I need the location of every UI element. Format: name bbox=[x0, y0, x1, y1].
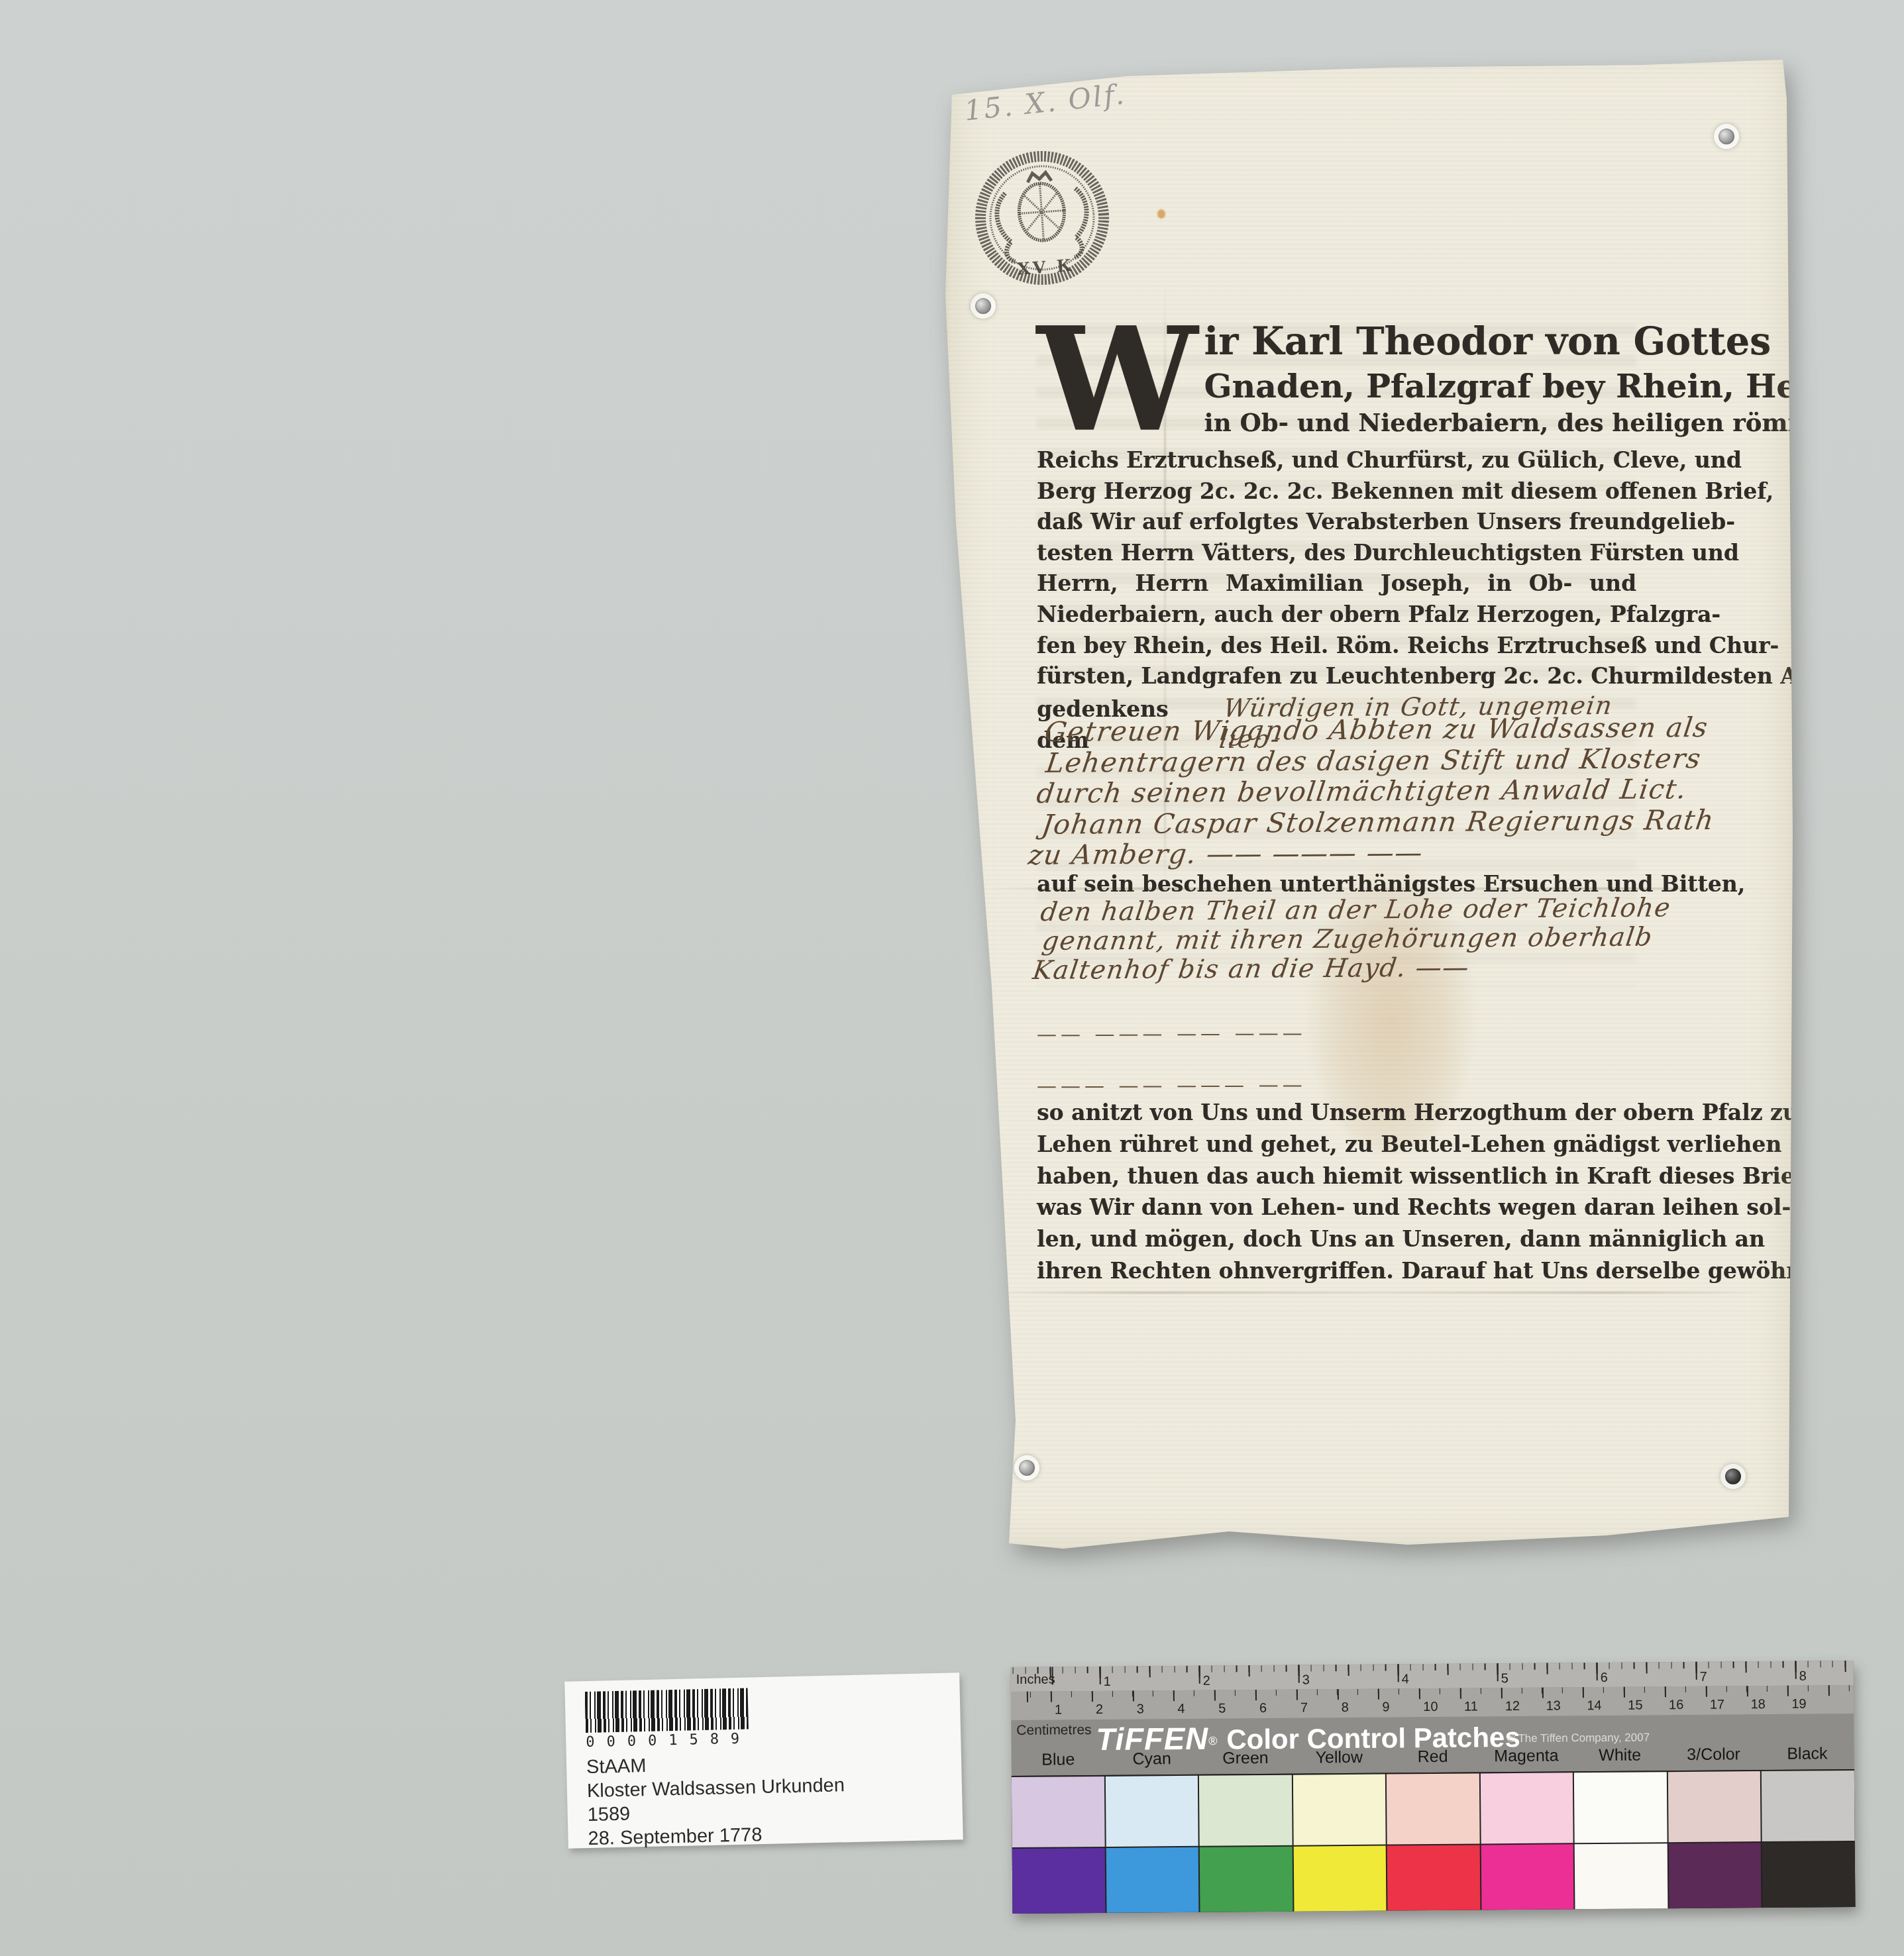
ruler-number: 5 bbox=[1501, 1671, 1508, 1686]
ruler-number: 4 bbox=[1402, 1672, 1409, 1687]
color-patch-solid-yellow bbox=[1293, 1846, 1386, 1912]
printed-text-line: testen Herrn Vätters, des Durchleuchtigs… bbox=[1037, 538, 1636, 569]
handwritten-line: den halben Theil an der Lohe oder Teichl… bbox=[1039, 894, 1643, 927]
filler-dashes: —— ——— —— ——— bbox=[1037, 1020, 1636, 1047]
patch-label: Black bbox=[1760, 1744, 1854, 1764]
handwritten-block-1: Getreuen Wigando Abbten zu Waldsassen al… bbox=[1026, 713, 1647, 871]
ruler-ticks bbox=[1011, 1661, 1854, 1685]
ruler-number: 2 bbox=[1203, 1674, 1210, 1689]
color-patch-solid-red bbox=[1387, 1845, 1480, 1910]
scroll-ornament-left bbox=[996, 193, 1016, 262]
stamp-denomination: XV K bbox=[1017, 256, 1075, 279]
barcode bbox=[585, 1688, 749, 1733]
color-patch-solid-cyan bbox=[1106, 1847, 1198, 1913]
patch-label: Magenta bbox=[1479, 1746, 1573, 1766]
archive-label: 00001589 StAAM Kloster Waldsassen Urkund… bbox=[564, 1673, 963, 1848]
ruler-number: 3 bbox=[1302, 1673, 1310, 1688]
printed-text-line: Berg Herzog 2c. 2c. 2c. Bekennen mit die… bbox=[1037, 476, 1636, 507]
patch-grid bbox=[1012, 1769, 1856, 1914]
ruler-number: 7 bbox=[1300, 1700, 1308, 1716]
paper-sheet: 15. X. Olf. XV K W ir Karl Theodor von G bbox=[944, 40, 1795, 1553]
filler-dashes: ——— —— ——— —— bbox=[1037, 1072, 1636, 1098]
printed-text-line: was Wir dann von Lehen- und Rechts wegen… bbox=[1037, 1192, 1636, 1223]
printed-text-line: Reichs Erztruchseß, und Churfürst, zu Gü… bbox=[1037, 445, 1636, 476]
printed-text-line: so anitzt von Uns und Unserm Herzogthum … bbox=[1037, 1097, 1636, 1129]
handwritten-block-2: den halben Theil an der Lohe oder Teichl… bbox=[1031, 894, 1642, 986]
document-paper: 15. X. Olf. XV K W ir Karl Theodor von G bbox=[944, 40, 1795, 1553]
handwritten-line: Lehentragern des dasigen Stift und Klost… bbox=[1044, 743, 1643, 778]
ruler-number: 1 bbox=[1104, 1674, 1111, 1690]
fold-crease bbox=[990, 1292, 1766, 1294]
punch-hole bbox=[1720, 1464, 1746, 1489]
printed-text-line: Lehen rühret und gehet, zu Beutel-Lehen … bbox=[1037, 1129, 1636, 1160]
printed-text-line: len, und mögen, doch Uns an Unseren, dan… bbox=[1037, 1223, 1636, 1255]
handwritten-line: durch seinen bevollmächtigten Anwald Lic… bbox=[1035, 774, 1639, 809]
crown-ornament bbox=[1027, 172, 1051, 182]
centimetres-label: Centimetres bbox=[1016, 1722, 1091, 1739]
cm-ruler: 12345678910111213141516171819 bbox=[1011, 1685, 1854, 1720]
punch-hole bbox=[1014, 1455, 1039, 1480]
ink-stamp-seal: XV K bbox=[967, 142, 1117, 293]
printed-text-line: daß Wir auf erfolgtes Verabsterben Unser… bbox=[1037, 507, 1636, 538]
ruler-number: 15 bbox=[1628, 1698, 1642, 1714]
scroll-ornament-right bbox=[1070, 187, 1090, 257]
ruler-number: 5 bbox=[1218, 1701, 1226, 1716]
patch-label: 3/Color bbox=[1667, 1745, 1761, 1765]
printed-text-line: fürsten, Landgrafen zu Leuchtenberg 2c. … bbox=[1037, 661, 1636, 692]
ruler-number: 11 bbox=[1464, 1699, 1478, 1714]
ruler-number: 12 bbox=[1505, 1699, 1520, 1714]
color-patch-pastel-white bbox=[1574, 1772, 1667, 1843]
copyright-text: © The Tiffen Company, 2007 bbox=[1507, 1731, 1650, 1745]
registered-mark: ® bbox=[1208, 1734, 1217, 1747]
ruler-number: 8 bbox=[1342, 1700, 1349, 1716]
label-text: StAAM Kloster Waldsassen Urkunden 1589 2… bbox=[586, 1749, 846, 1851]
patch-label: Yellow bbox=[1293, 1748, 1387, 1768]
handwritten-line: zu Amberg. —— ——— —— bbox=[1026, 836, 1630, 871]
punch-hole bbox=[971, 293, 996, 319]
color-patch-solid-3-color bbox=[1669, 1843, 1762, 1908]
color-patch-solid-blue bbox=[1012, 1848, 1105, 1914]
color-patch-solid-black bbox=[1762, 1842, 1855, 1908]
color-patch-pastel-black bbox=[1762, 1771, 1854, 1841]
ruler-number: 13 bbox=[1546, 1698, 1561, 1714]
ruler-number: 7 bbox=[1700, 1670, 1707, 1685]
color-patch-solid-white bbox=[1575, 1843, 1667, 1909]
ruler-number: 18 bbox=[1751, 1697, 1766, 1712]
barcode-digits: 00001589 bbox=[586, 1730, 752, 1751]
patch-label: Red bbox=[1386, 1747, 1480, 1767]
printed-text-line: Herrn, Herrn Maximilian Joseph, in Ob- u… bbox=[1037, 568, 1636, 599]
handwritten-line: Getreuen Wigando Abbten zu Waldsassen al… bbox=[1043, 713, 1647, 748]
handwritten-line: genannt, mit ihren Zugehörungen oberhalb bbox=[1040, 923, 1639, 956]
punch-hole bbox=[1714, 124, 1739, 149]
drop-cap-initial: W bbox=[1037, 322, 1198, 436]
ruler-number: 14 bbox=[1587, 1698, 1601, 1714]
small-stain bbox=[1157, 209, 1165, 219]
ruler-number: 2 bbox=[1096, 1702, 1103, 1718]
handwritten-line: Kaltenhof bis an die Hayd. —— bbox=[1031, 952, 1635, 986]
ruler-number: 16 bbox=[1669, 1698, 1683, 1713]
printed-text-line: Niederbaiern, auch der obern Pfalz Herzo… bbox=[1037, 599, 1636, 631]
patch-label: Green bbox=[1198, 1749, 1293, 1769]
color-patch-pastel-3-color bbox=[1668, 1771, 1761, 1842]
printed-headline: W ir Karl Theodor von Gottes Gnaden, Pfa… bbox=[1037, 318, 1636, 438]
ruler-number: 6 bbox=[1259, 1701, 1267, 1716]
color-patch-pastel-magenta bbox=[1481, 1773, 1573, 1843]
ruler-number: 17 bbox=[1710, 1698, 1724, 1713]
ruler-number: 19 bbox=[1791, 1697, 1806, 1712]
inches-label: Inches bbox=[1016, 1672, 1055, 1687]
printed-block-1: Reichs Erztruchseß, und Churfürst, zu Gü… bbox=[1037, 445, 1636, 692]
printed-text-line: fen bey Rhein, des Heil. Röm. Reichs Erz… bbox=[1037, 631, 1636, 662]
ruler-number: 4 bbox=[1177, 1702, 1185, 1717]
photo-background: 15. X. Olf. XV K W ir Karl Theodor von G bbox=[0, 0, 1904, 1956]
color-patch-solid-green bbox=[1200, 1847, 1293, 1912]
color-patch-pastel-blue bbox=[1012, 1776, 1104, 1847]
ruler-number: 3 bbox=[1137, 1702, 1144, 1717]
ruler-number: 1 bbox=[1055, 1702, 1062, 1718]
color-patch-pastel-yellow bbox=[1293, 1775, 1386, 1845]
color-patch-solid-magenta bbox=[1481, 1844, 1573, 1910]
handwritten-line: Johann Caspar Stolzenmann Regierungs Rat… bbox=[1040, 805, 1635, 840]
pencil-note: 15. X. Olf. bbox=[963, 77, 1128, 127]
ruler-number: 8 bbox=[1799, 1669, 1807, 1684]
label-date: 28. September 1778 bbox=[588, 1821, 846, 1851]
patch-label: Cyan bbox=[1105, 1749, 1199, 1769]
color-control-card: Inches 12345678 123456789101112131415161… bbox=[1011, 1661, 1856, 1914]
printed-text-line: haben, thuen das auch hiemit wissentlich… bbox=[1037, 1160, 1636, 1192]
ruler-number: 9 bbox=[1382, 1700, 1389, 1716]
color-patch-pastel-red bbox=[1387, 1773, 1479, 1844]
printed-text-line: ihren Rechten ohnvergriffen. Darauf hat … bbox=[1037, 1255, 1636, 1287]
ruler-number: 6 bbox=[1601, 1671, 1608, 1686]
patch-label: Blue bbox=[1012, 1750, 1106, 1770]
patch-label: White bbox=[1573, 1745, 1667, 1765]
color-patch-pastel-cyan bbox=[1105, 1776, 1198, 1847]
printed-block-2: so anitzt von Uns und Unserm Herzogthum … bbox=[1037, 1097, 1636, 1287]
ruler-number: 10 bbox=[1423, 1700, 1438, 1715]
color-patch-pastel-green bbox=[1199, 1775, 1292, 1846]
